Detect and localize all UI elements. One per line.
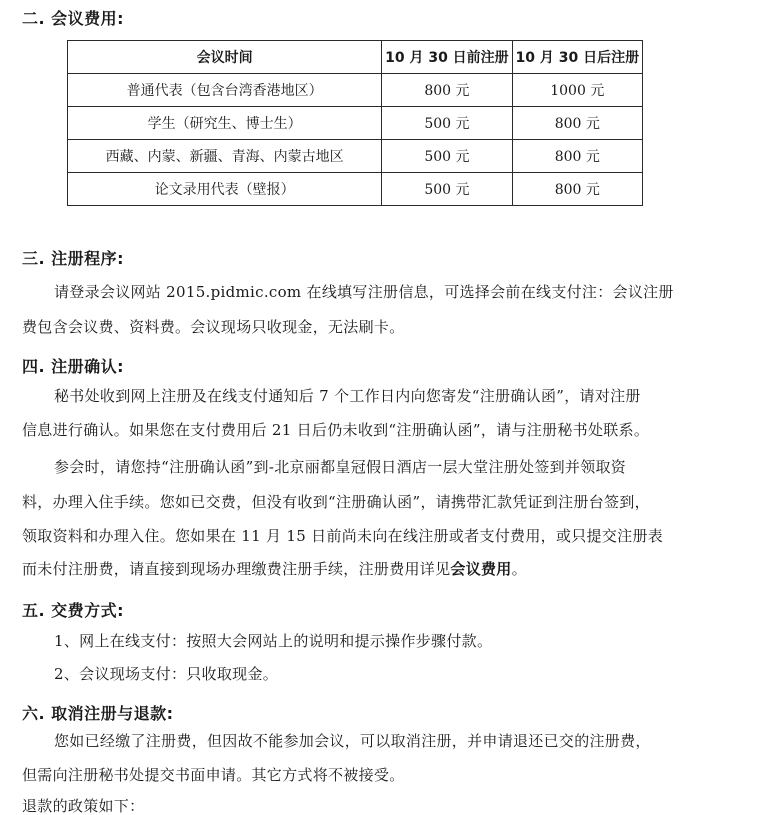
table-cell: 论文录用代表（壁报） xyxy=(68,173,382,206)
heading-fees: 二. 会议费用: xyxy=(22,6,124,29)
paragraph-line: 参会时，请您持“注册确认函”到-北京丽都皇冠假日酒店一层大堂注册处签到并领取资 xyxy=(54,456,626,477)
list-item: 1、网上在线支付：按照大会网站上的说明和提示操作步骤付款。 xyxy=(54,630,492,651)
heading-registration: 三. 注册程序: xyxy=(22,246,124,269)
paragraph-line: 秘书处收到网上注册及在线支付通知后 7 个工作日内向您寄发“注册确认函”，请对注… xyxy=(54,385,641,406)
table-cell: 500 元 xyxy=(382,173,512,206)
table-cell: 800 元 xyxy=(512,140,642,173)
paragraph-line: 费包含会议费、资料费。会议现场只收现金，无法刷卡。 xyxy=(22,316,405,337)
table-row: 学生（研究生、博士生） 500 元 800 元 xyxy=(68,107,643,140)
table-cell: 1000 元 xyxy=(512,74,642,107)
heading-confirmation: 四. 注册确认: xyxy=(22,354,124,377)
table-header-row: 会议时间 10 月 30 日前注册 10 月 30 日后注册 xyxy=(68,41,643,74)
header-cell: 10 月 30 日后注册 xyxy=(512,41,642,74)
paragraph-line: 领取资料和办理入住。您如果在 11 月 15 日前尚未向在线注册或者支付费用，或… xyxy=(22,525,663,546)
table-cell: 500 元 xyxy=(382,140,512,173)
paragraph-line: 请登录会议网站 2015.pidmic.com 在线填写注册信息，可选择会前在线… xyxy=(54,281,674,302)
table-row: 西藏、内蒙、新疆、青海、内蒙古地区 500 元 800 元 xyxy=(68,140,643,173)
heading-refund: 六. 取消注册与退款: xyxy=(22,701,174,724)
table-cell: 学生（研究生、博士生） xyxy=(68,107,382,140)
paragraph-line: 信息进行确认。如果您在支付费用后 21 日后仍未收到“注册确认函”，请与注册秘书… xyxy=(22,419,649,440)
paragraph-text: 而未付注册费，请直接到现场办理缴费注册手续，注册费用详见 xyxy=(22,560,450,578)
header-cell: 会议时间 xyxy=(68,41,382,74)
table-cell: 西藏、内蒙、新疆、青海、内蒙古地区 xyxy=(68,140,382,173)
table-cell: 普通代表（包含台湾香港地区） xyxy=(68,74,382,107)
table-cell: 800 元 xyxy=(512,173,642,206)
paragraph-line: 而未付注册费，请直接到现场办理缴费注册手续，注册费用详见会议费用。 xyxy=(22,558,527,579)
paragraph-line: 料，办理入住手续。您如已交费，但没有收到“注册确认函”，请携带汇款凭证到注册台签… xyxy=(22,491,650,512)
fee-table: 会议时间 10 月 30 日前注册 10 月 30 日后注册 普通代表（包含台湾… xyxy=(67,40,643,206)
table-row: 论文录用代表（壁报） 500 元 800 元 xyxy=(68,173,643,206)
paragraph-line: 退款的政策如下： xyxy=(22,795,144,815)
table-cell: 800 元 xyxy=(382,74,512,107)
table-row: 普通代表（包含台湾香港地区） 800 元 1000 元 xyxy=(68,74,643,107)
table-cell: 800 元 xyxy=(512,107,642,140)
heading-payment: 五. 交费方式: xyxy=(22,598,124,621)
paragraph-line: 但需向注册秘书处提交书面申请。其它方式将不被接受。 xyxy=(22,764,405,785)
table-cell: 500 元 xyxy=(382,107,512,140)
paragraph-end: 。 xyxy=(512,560,527,578)
fee-reference: 会议费用 xyxy=(450,560,511,578)
list-item: 2、会议现场支付：只收取现金。 xyxy=(54,663,278,684)
paragraph-line: 您如已经缴了注册费，但因故不能参加会议，可以取消注册，并申请退还已交的注册费， xyxy=(54,730,651,751)
header-cell: 10 月 30 日前注册 xyxy=(382,41,512,74)
